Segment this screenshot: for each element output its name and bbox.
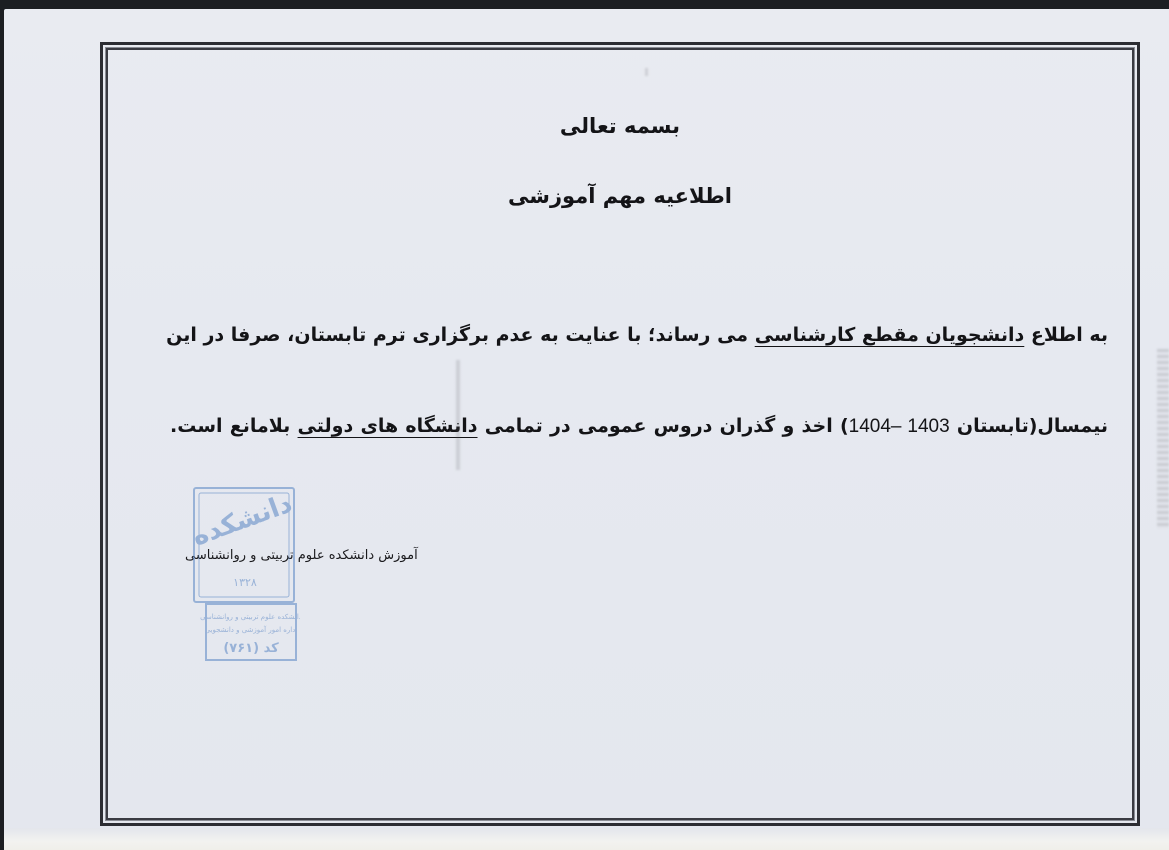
svg-text:کد (۷۶۱): کد (۷۶۱) <box>223 641 279 656</box>
svg-text:دانشکده: دانشکده <box>190 489 296 553</box>
invocation-heading: بسمه تعالی <box>100 114 1140 138</box>
body-text: به اطلاع <box>1024 324 1108 346</box>
official-stamp-icon: دانشکده ۱۳۲۸ دانشکده علوم تربیتی و روانش… <box>190 486 300 664</box>
svg-text:اداره امور آموزشی و دانشجویی: اداره امور آموزشی و دانشجویی <box>205 625 298 634</box>
notice-content: بسمه تعالی اطلاعیه مهم آموزشی به اطلاع د… <box>100 42 1140 826</box>
notice-body-line-2: نیمسال(تابستان 1404– 1403) اخذ و گذران د… <box>170 415 1108 438</box>
body-text: می رساند؛ با عنایت به عدم برگزاری ترم تا… <box>166 324 755 346</box>
academic-year-range: 1404– 1403 <box>849 416 950 437</box>
notice-body-line-1: به اطلاع دانشجویان مقطع کارشناسی می رسان… <box>170 324 1108 346</box>
body-text: نیمسال(تابستان <box>950 415 1108 437</box>
notice-title: اطلاعیه مهم آموزشی <box>100 184 1140 208</box>
underlined-phrase-undergraduate-students: دانشجویان مقطع کارشناسی <box>755 324 1025 346</box>
scan-noise <box>1157 349 1169 529</box>
svg-text:۱۳۲۸: ۱۳۲۸ <box>233 576 257 589</box>
underlined-phrase-state-universities: دانشگاه های دولتی <box>298 415 478 437</box>
paper-bottom-edge <box>4 828 1169 850</box>
body-text: ) اخذ و گذران دروس عمومی در تمامی <box>478 415 849 437</box>
scanner-background: بسمه تعالی اطلاعیه مهم آموزشی به اطلاع د… <box>0 0 1169 850</box>
scan-fold-mark <box>456 360 460 470</box>
body-text: بلامانع است. <box>170 415 298 437</box>
svg-text:دانشکده علوم تربیتی و روانشناس: دانشکده علوم تربیتی و روانشناسی <box>200 613 300 621</box>
scan-speck <box>645 68 648 76</box>
